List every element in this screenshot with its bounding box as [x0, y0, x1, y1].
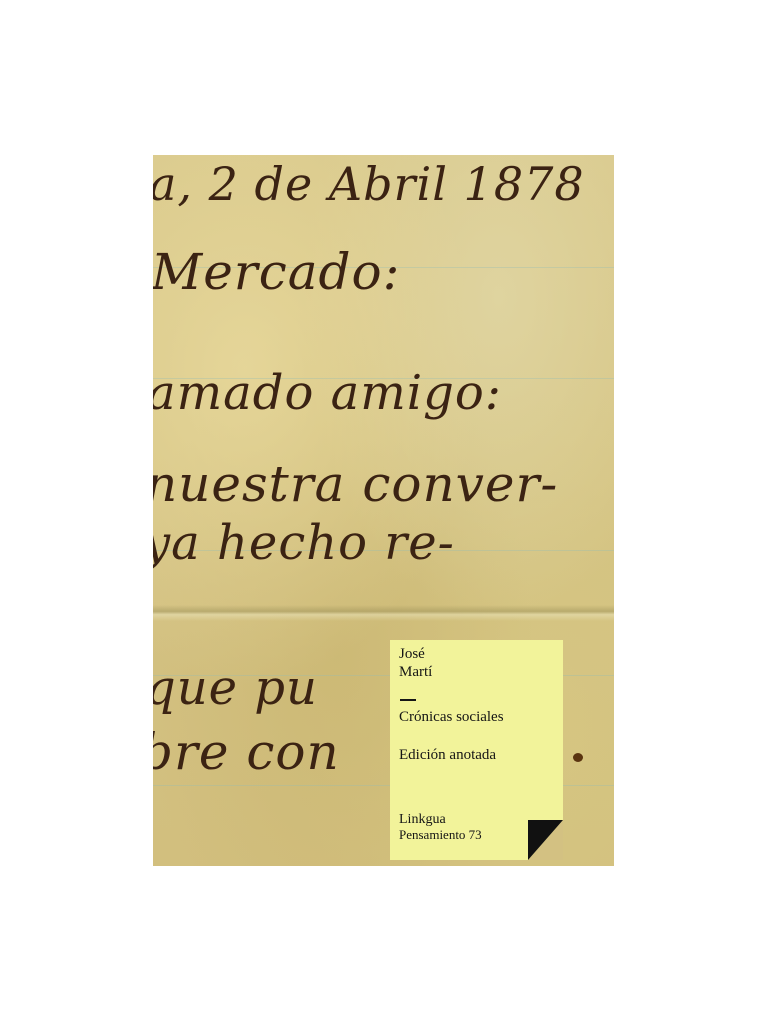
handwriting-line-3: amado amigo:	[153, 365, 502, 421]
author-first-name: José	[399, 646, 425, 663]
corner-triangle-icon	[528, 820, 563, 860]
book-subtitle: Edición anotada	[399, 747, 496, 764]
handwriting-line-5: ya hecho re-	[153, 515, 455, 571]
book-title: Crónicas sociales	[399, 709, 504, 726]
title-label: José Martí Crónicas sociales Edición ano…	[390, 640, 563, 860]
handwriting-line-7: bre con	[153, 723, 340, 781]
handwriting-line-2: Mercado:	[153, 243, 400, 301]
series-name: Pensamiento 73	[399, 827, 482, 842]
publisher-name: Linkgua	[399, 812, 446, 827]
author-last-name: Martí	[399, 664, 432, 681]
handwriting-line-4: nuestra conver-	[153, 455, 558, 513]
handwriting-line-6: que pu	[153, 660, 318, 716]
handwriting-line-1: a, 2 de Abril 1878	[153, 157, 585, 211]
book-cover: a, 2 de Abril 1878 Mercado: amado amigo:…	[153, 155, 614, 866]
separator-dash	[400, 699, 416, 701]
ink-spot	[573, 753, 583, 762]
paper-fold-crease	[153, 605, 614, 621]
